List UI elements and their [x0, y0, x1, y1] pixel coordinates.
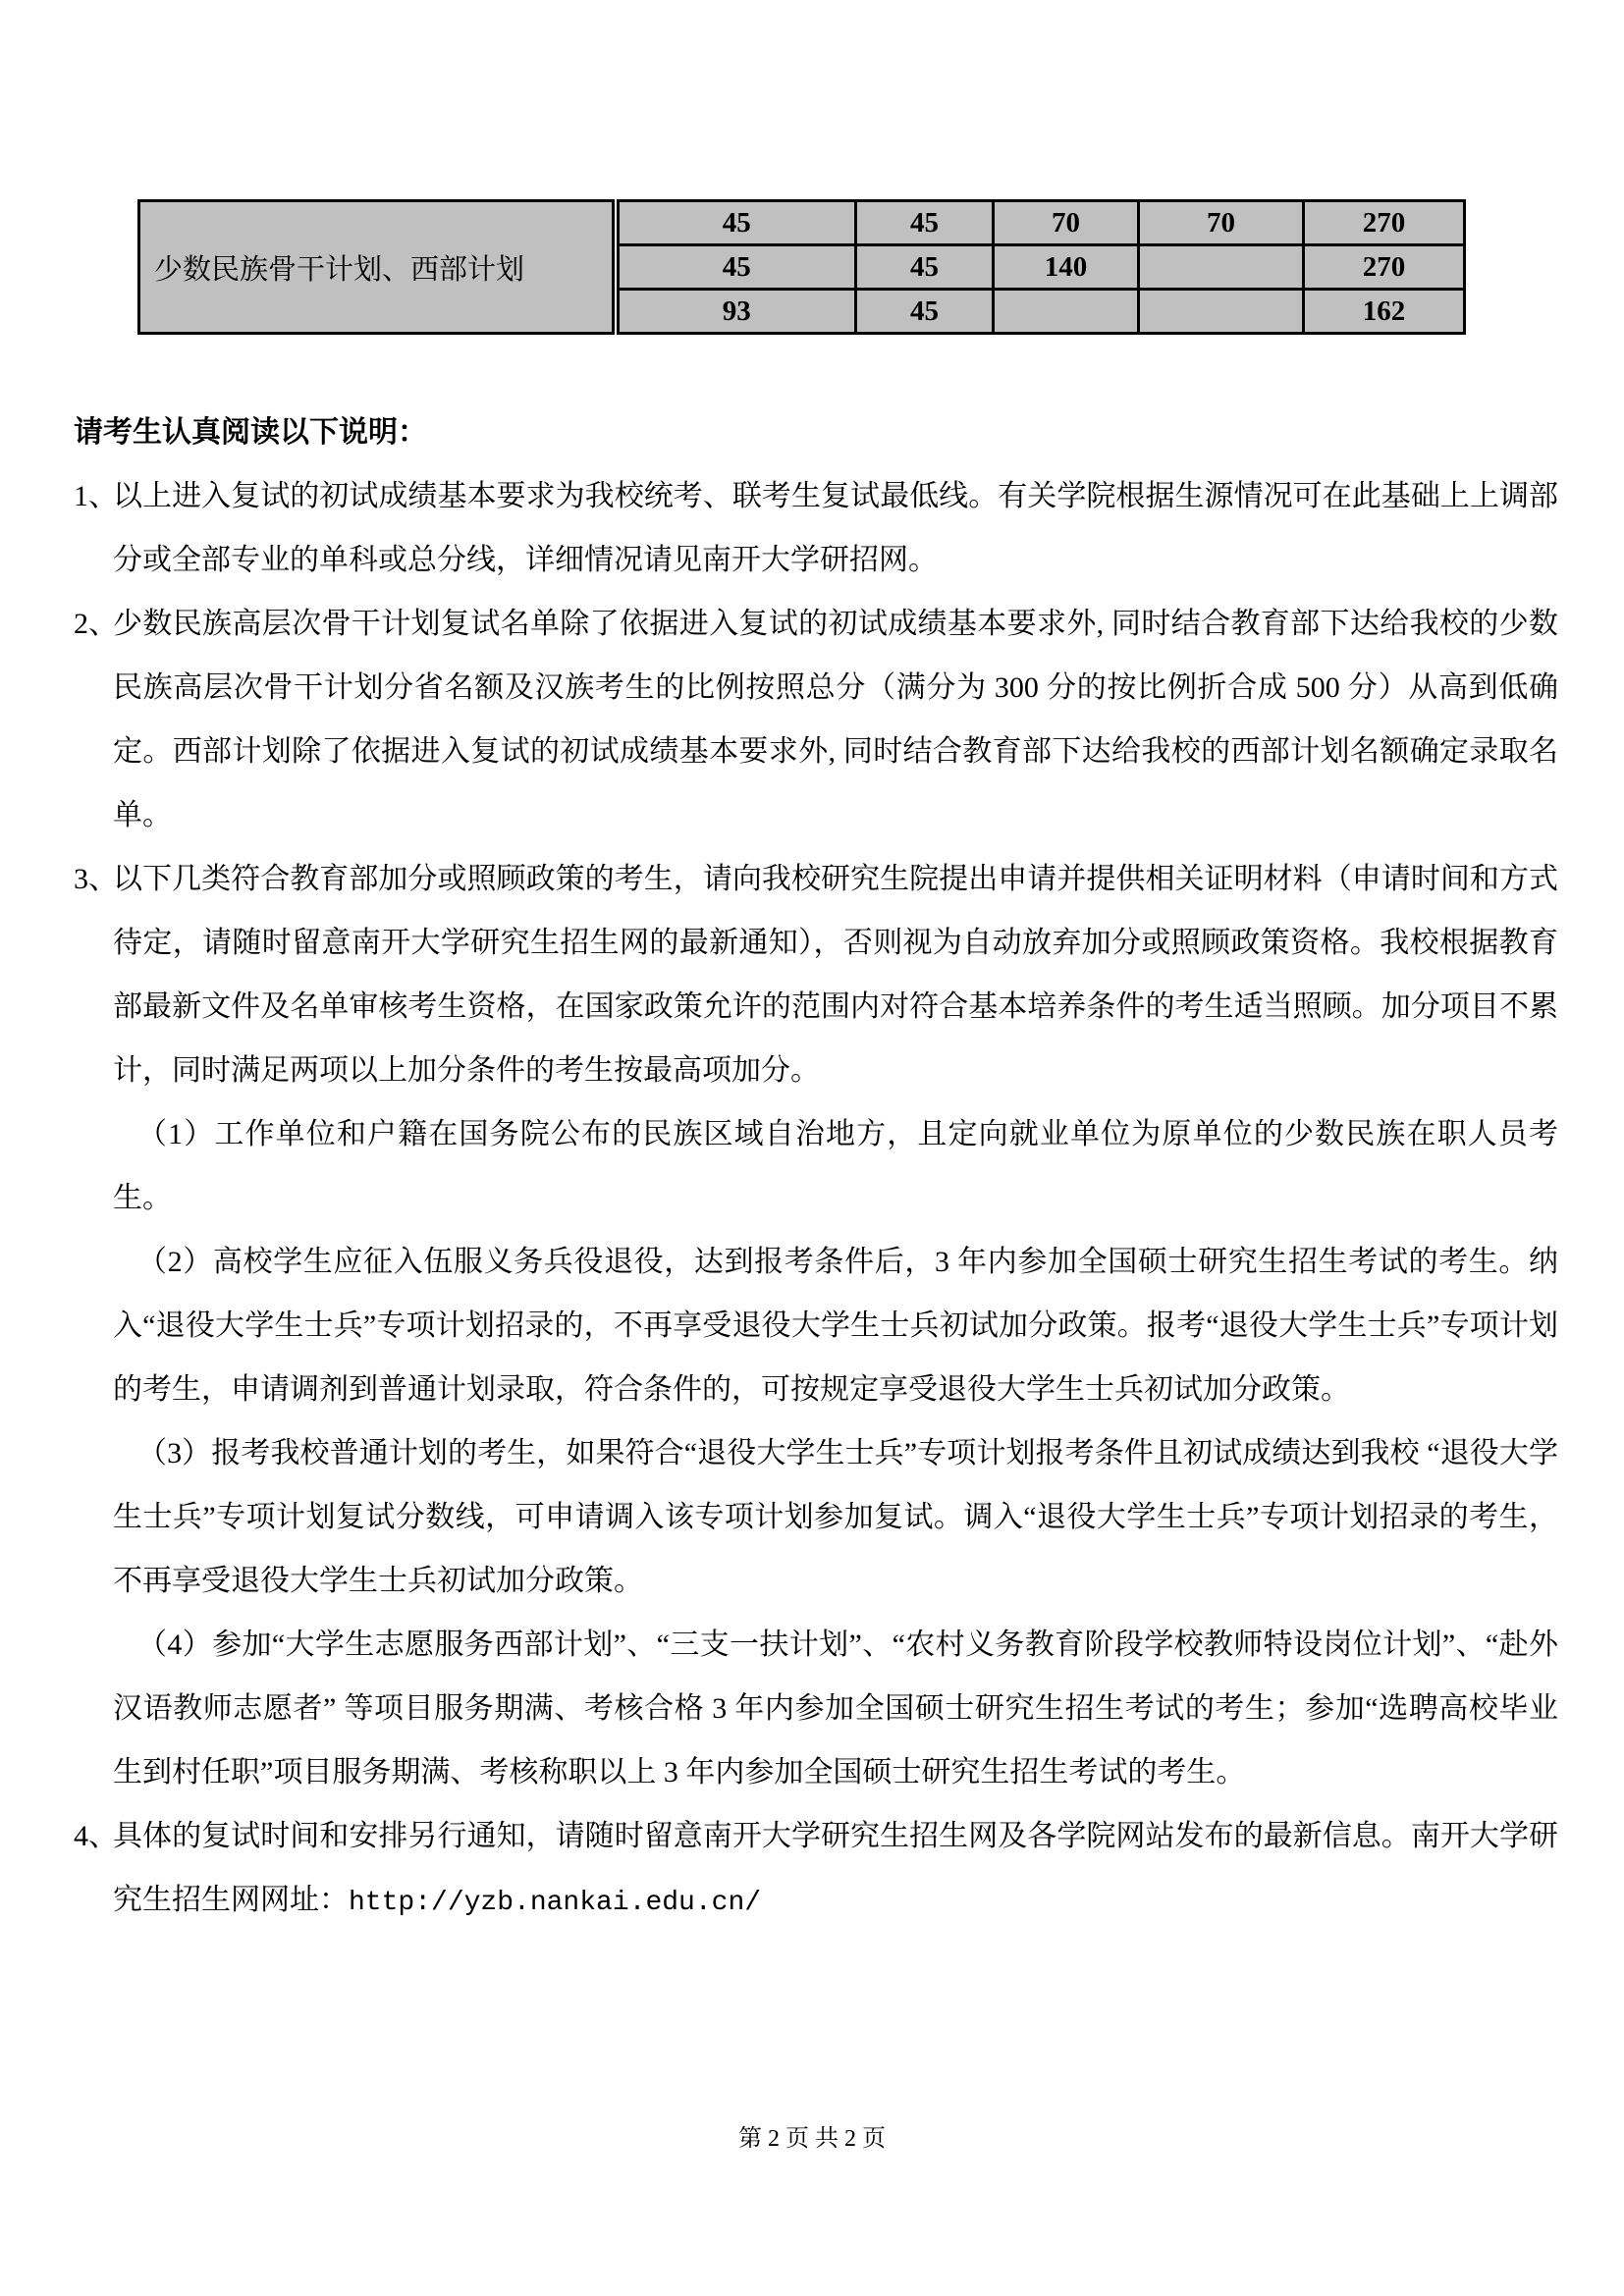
score-cell: [1139, 290, 1304, 334]
page-number-footer: 第 2 页 共 2 页: [0, 2118, 1624, 2153]
note-paragraph: 以上进入复试的初试成绩基本要求为我校统考、联考生复试最低线。有关学院根据生源情况…: [113, 464, 1558, 592]
note-item-3: 3、 以下几类符合教育部加分或照顾政策的考生，请向我校研究生院提出申请并提供相关…: [74, 847, 1558, 1804]
score-cell: 140: [994, 245, 1139, 290]
score-cell: [994, 290, 1139, 334]
note-paragraph: 以下几类符合教育部加分或照顾政策的考生，请向我校研究生院提出申请并提供相关证明材…: [113, 847, 1558, 1102]
note-paragraph: 具体的复试时间和安排另行通知，请随时留意南开大学研究生招生网及各学院网站发布的最…: [113, 1804, 1558, 1935]
document-page: 少数民族骨干计划、西部计划 45 45 70 70 270 45 45 140 …: [0, 0, 1624, 2296]
table-row: 少数民族骨干计划、西部计划 45 45 70 70 270: [139, 201, 1465, 245]
note-item-1: 1、 以上进入复试的初试成绩基本要求为我校统考、联考生复试最低线。有关学院根据生…: [74, 464, 1558, 592]
notes-section: 请考生认真阅读以下说明： 1、 以上进入复试的初试成绩基本要求为我校统考、联考生…: [74, 400, 1558, 1935]
score-table: 少数民族骨干计划、西部计划 45 45 70 70 270 45 45 140 …: [137, 199, 1466, 335]
score-cell: 270: [1304, 245, 1465, 290]
score-cell: [1139, 245, 1304, 290]
item-number: 1、: [74, 464, 113, 528]
score-cell: 45: [616, 245, 856, 290]
score-cell: 45: [856, 201, 994, 245]
score-cell: 270: [1304, 201, 1465, 245]
score-cell: 45: [856, 290, 994, 334]
note-subitem-2: （2）高校学生应征入伍服义务兵役退役，达到报考条件后，3 年内参加全国硕士研究生…: [113, 1230, 1558, 1421]
note-subitem-3: （3）报考我校普通计划的考生，如果符合“退役大学生士兵”专项计划报考条件且初试成…: [113, 1421, 1558, 1613]
item-number: 2、: [74, 592, 113, 656]
score-cell: 70: [1139, 201, 1304, 245]
note-subitem-4: （4）参加“大学生志愿服务西部计划”、“三支一扶计划”、“农村义务教育阶段学校教…: [113, 1613, 1558, 1804]
note-paragraph: 少数民族高层次骨干计划复试名单除了依据进入复试的初试成绩基本要求外, 同时结合教…: [113, 592, 1558, 847]
score-cell: 162: [1304, 290, 1465, 334]
score-cell: 45: [856, 245, 994, 290]
score-cell: 45: [616, 201, 856, 245]
note-item-4: 4、 具体的复试时间和安排另行通知，请随时留意南开大学研究生招生网及各学院网站发…: [74, 1804, 1558, 1935]
note-text: 具体的复试时间和安排另行通知，请随时留意南开大学研究生招生网及各学院网站发布的最…: [113, 1820, 1558, 1916]
score-cell: 93: [616, 290, 856, 334]
admissions-site-url: http://yzb.nankai.edu.cn/: [349, 1888, 761, 1918]
item-number: 3、: [74, 847, 113, 911]
score-cell: 70: [994, 201, 1139, 245]
plan-label-cell: 少数民族骨干计划、西部计划: [139, 201, 616, 334]
item-number: 4、: [74, 1804, 113, 1868]
note-item-2: 2、 少数民族高层次骨干计划复试名单除了依据进入复试的初试成绩基本要求外, 同时…: [74, 592, 1558, 847]
note-subitem-1: （1）工作单位和户籍在国务院公布的民族区域自治地方，且定向就业单位为原单位的少数…: [113, 1102, 1558, 1230]
notes-heading: 请考生认真阅读以下说明：: [74, 400, 1558, 464]
